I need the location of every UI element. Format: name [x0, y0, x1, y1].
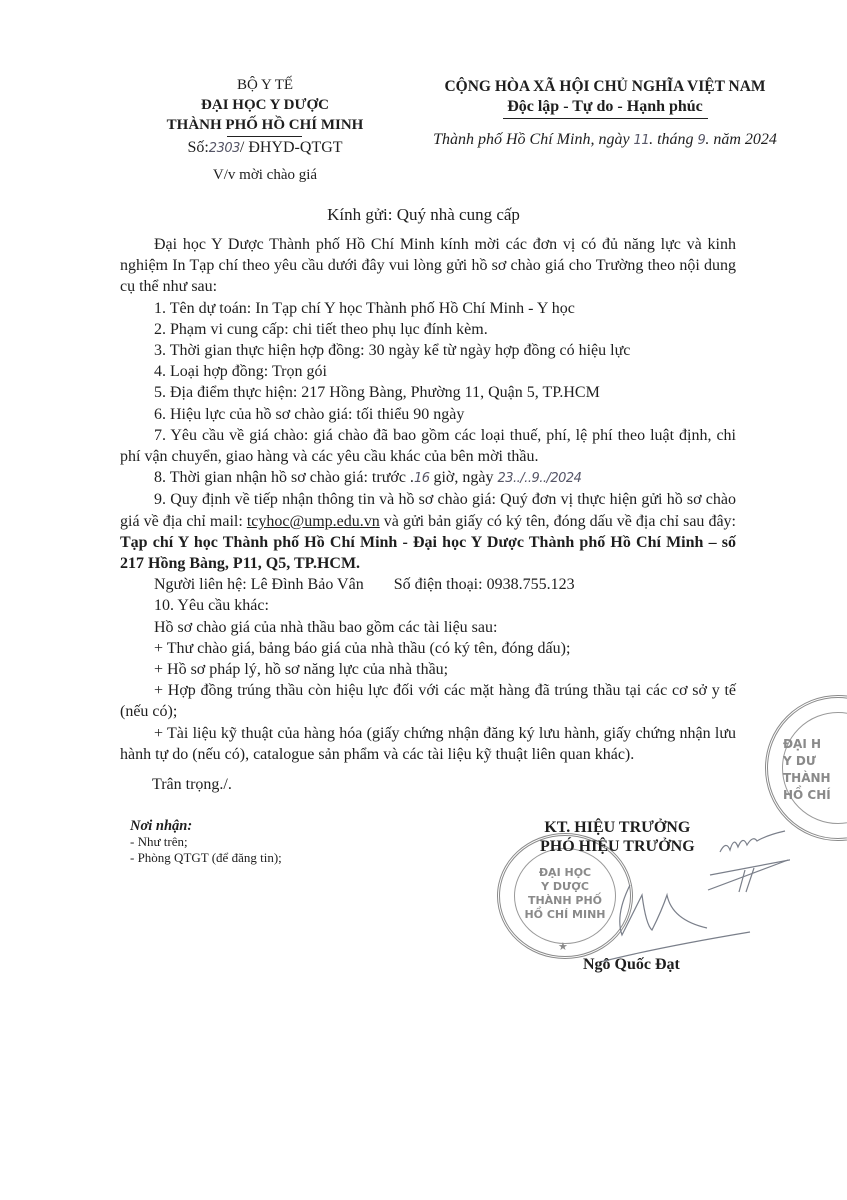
item-8: 8. Thời gian nhận hồ sơ chào giá: trước … [120, 467, 736, 489]
item-6: 6. Hiệu lực của hồ sơ chào giá: tối thiể… [120, 404, 736, 425]
issue-date: Thành phố Hồ Chí Minh, ngày 11. tháng 9.… [405, 131, 805, 149]
number-label: Số: [187, 139, 208, 156]
doc-requirement: + Hồ sơ pháp lý, hồ sơ năng lực của nhà … [120, 659, 736, 680]
doc-requirement: + Thư chào giá, bảng báo giá của nhà thầ… [120, 638, 736, 659]
closing: Trân trọng./. [152, 776, 232, 794]
deadline-date: 23../..9../2024 [498, 471, 582, 486]
recipient-item: - Phòng QTGT (để đăng tin); [130, 850, 282, 866]
signatory-name: Ngô Quốc Đạt [583, 956, 680, 974]
item-4: 4. Loại hợp đồng: Trọn gói [120, 361, 736, 382]
doc-requirement: + Hợp đồng trúng thầu còn hiệu lực đối v… [120, 680, 736, 722]
doc-requirement: + Tài liệu kỹ thuật của hàng hóa (giấy c… [120, 723, 736, 765]
official-stamp-partial: ĐẠI H Y DƯ THÀNH HỒ CHÍ [765, 695, 847, 841]
item-9-text-after: và gửi bản giấy có ký tên, đóng dấu về đ… [380, 513, 736, 530]
salutation: Kính gửi: Quý nhà cung cấp [0, 205, 847, 225]
national-header: CỘNG HÒA XÃ HỘI CHỦ NGHĨA VIỆT NAM Độc l… [405, 77, 805, 149]
country-name: CỘNG HÒA XÃ HỘI CHỦ NGHĨA VIỆT NAM [405, 77, 805, 97]
item-2: 2. Phạm vi cung cấp: chi tiết theo phụ l… [120, 319, 736, 340]
issuer-block: BỘ Y TẾ ĐẠI HỌC Y DƯỢC THÀNH PHỐ HỒ CHÍ … [130, 75, 400, 185]
recipients-block: Nơi nhận: - Như trên; - Phòng QTGT (để đ… [130, 818, 282, 866]
item-1: 1. Tên dự toán: In Tạp chí Y học Thành p… [120, 298, 736, 319]
number-suffix: / ĐHYD-QTGT [240, 139, 343, 156]
item-9: 9. Quy định về tiếp nhận thông tin và hồ… [120, 489, 736, 574]
item-10-title: 10. Yêu cầu khác: [120, 595, 736, 616]
document-number: Số:2303/ ĐHYD-QTGT [130, 138, 400, 159]
signature-icon [560, 830, 790, 970]
date-prefix: Thành phố Hồ Chí Minh, ngày [433, 131, 633, 148]
delivery-address: Tạp chí Y học Thành phố Hồ Chí Minh - Đạ… [120, 534, 736, 572]
header-divider [227, 136, 302, 137]
contact-phone: Số điện thoại: 0938.755.123 [394, 574, 575, 595]
item-8-prefix: 8. Thời gian nhận hồ sơ chào giá: trước … [154, 469, 414, 486]
item-5: 5. Địa điểm thực hiện: 217 Hồng Bàng, Ph… [120, 382, 736, 403]
date-day: 11 [634, 133, 650, 148]
contact-person: Người liên hệ: Lê Đình Bảo Vân [154, 576, 364, 593]
recipients-title: Nơi nhận: [130, 818, 282, 834]
date-year: . năm 2024 [705, 131, 777, 148]
university-name-line1: ĐẠI HỌC Y DƯỢC [130, 95, 400, 115]
national-motto: Độc lập - Tự do - Hạnh phúc [405, 97, 805, 117]
letter-body: Đại học Y Dược Thành phố Hồ Chí Minh kín… [120, 234, 736, 765]
intro-paragraph: Đại học Y Dược Thành phố Hồ Chí Minh kín… [120, 234, 736, 298]
item-10-lead: Hồ sơ chào giá của nhà thầu bao gồm các … [120, 617, 736, 638]
item-7: 7. Yêu cầu về giá chào: giá chào đã bao … [120, 425, 736, 467]
date-month-label: . tháng [649, 131, 697, 148]
number-handwritten: 2303 [209, 141, 240, 156]
email-link[interactable]: tcyhoc@ump.edu.vn [247, 513, 380, 530]
item-8-middle: giờ, ngày [429, 469, 497, 486]
university-name-line2: THÀNH PHỐ HỒ CHÍ MINH [130, 115, 400, 135]
contact-line: Người liên hệ: Lê Đình Bảo VânSố điện th… [120, 574, 736, 595]
recipient-item: - Như trên; [130, 834, 282, 850]
ministry-name: BỘ Y TẾ [130, 75, 400, 95]
item-3: 3. Thời gian thực hiện hợp đồng: 30 ngày… [120, 340, 736, 361]
motto-underline [503, 118, 708, 119]
document-subject: V/v mời chào giá [130, 165, 400, 185]
deadline-hour: 16 [414, 471, 430, 486]
